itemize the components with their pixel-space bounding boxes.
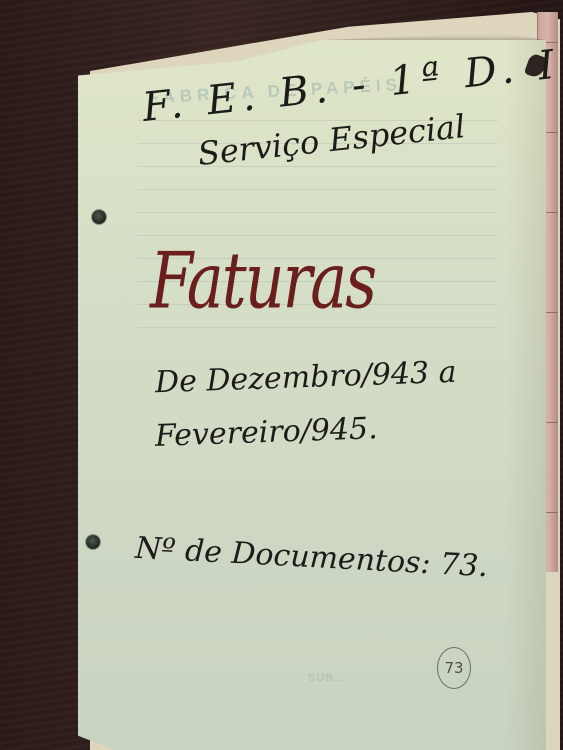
binding-hole-top — [92, 210, 106, 224]
binding-hole-bottom — [86, 535, 100, 549]
document-title: Faturas — [150, 235, 375, 326]
faint-stamp: SUB... — [308, 672, 346, 684]
page-edge-shadow — [506, 40, 546, 750]
circled-page-number: 73 — [437, 647, 471, 689]
